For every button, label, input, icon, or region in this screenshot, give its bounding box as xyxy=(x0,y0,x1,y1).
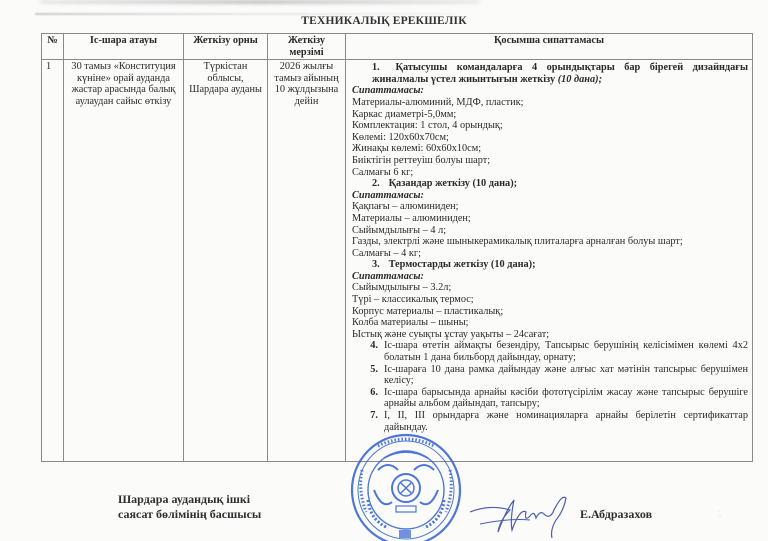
spec-line: Комплектация: 1 стол, 4 орындық; xyxy=(352,120,748,132)
item-5: 5.Іс-шараға 10 дана рамка дайындау және … xyxy=(352,364,748,387)
header-deadline: Жеткізу мерзімі xyxy=(268,34,346,60)
spec-line: Қақпағы – алюминиден; xyxy=(352,201,748,213)
header-number: № xyxy=(42,34,64,60)
table-header-row: № Іс-шара атауы Жеткізу орны Жеткізу мер… xyxy=(42,34,753,60)
item-1-heading: 1. Қатысушы командаларға 4 орындықтары б… xyxy=(352,62,748,85)
item-2-heading: 2. Қазандар жеткізу (10 дана); xyxy=(352,178,748,190)
item-3-subheading: Сипаттамасы: xyxy=(352,271,748,283)
cell-description: 1. Қатысушы командаларға 4 орындықтары б… xyxy=(346,60,753,462)
spec-line: Корпус материалы – пластикалық; xyxy=(352,306,748,318)
spec-line: Ыстық және суықты ұстау уақыты – 24сағат… xyxy=(352,329,748,341)
table-row: 1 30 тамыз «Конституция күніне» орай ауд… xyxy=(42,60,753,462)
spec-line: Жинақы көлемі: 60х60х10см; xyxy=(352,143,748,155)
cell-deadline: 2026 жылғы тамыз айының 10 жұлдызына дей… xyxy=(268,60,346,462)
spec-line: Каркас диаметрі-5,0мм; xyxy=(352,109,748,121)
cell-number: 1 xyxy=(42,60,64,462)
signature-icon xyxy=(470,490,580,540)
spec-line: Газды, электрлі және шыныкерамикалық пли… xyxy=(352,236,748,248)
spec-line: Материалы-алюминий, МДФ, пластик; xyxy=(352,97,748,109)
document-title: ТЕХНИКАЛЫҚ ЕРЕКШЕЛІК xyxy=(0,15,768,27)
header-description: Қосымша сипаттамасы xyxy=(346,34,753,60)
spec-line: Сыйымдылығы – 3.2л; xyxy=(352,282,748,294)
scan-artifact: ··· xyxy=(718,510,722,522)
official-stamp-icon xyxy=(348,430,464,541)
item-3-heading: 3. Термостарды жеткізу (10 дана); xyxy=(352,259,748,271)
header-place: Жеткізу орны xyxy=(184,34,268,60)
spec-line: Салмағы – 4 кг; xyxy=(352,248,748,260)
spec-line: Салмағы 6 кг; xyxy=(352,167,748,179)
signatory-position: Шардара аудандық ішкі саясат бөлімінің б… xyxy=(118,492,261,522)
header-event-name: Іс-шара атауы xyxy=(64,34,184,60)
cell-event-name: 30 тамыз «Конституция күніне» орай аудан… xyxy=(64,60,184,462)
spec-line: Материалы – алюминиден; xyxy=(352,213,748,225)
cell-place: Түркістан облысы, Шардара ауданы xyxy=(184,60,268,462)
spec-line: Түрі – классикалық термос; xyxy=(352,294,748,306)
item-2-subheading: Сипаттамасы: xyxy=(352,190,748,202)
spec-line: Көлемі: 120х60х70см; xyxy=(352,132,748,144)
specification-table: № Іс-шара атауы Жеткізу орны Жеткізу мер… xyxy=(41,33,753,462)
item-4: 4.Іс-шара өтетін аймақты безендіру, Тапс… xyxy=(352,340,748,363)
spec-line: Колба материалы – шыны; xyxy=(352,317,748,329)
signatory-name: Е.Абдразахов xyxy=(580,507,652,522)
spec-line: Биіктігін реттеуіш болуы шарт; xyxy=(352,155,748,167)
item-1-subheading: Сипаттамасы: xyxy=(352,85,748,97)
item-6: 6.Іс-шара барысында арнайы кәсіби фототү… xyxy=(352,387,748,410)
spec-line: Сыйымдылығы – 4 л; xyxy=(352,225,748,237)
scan-artifact xyxy=(40,0,480,4)
